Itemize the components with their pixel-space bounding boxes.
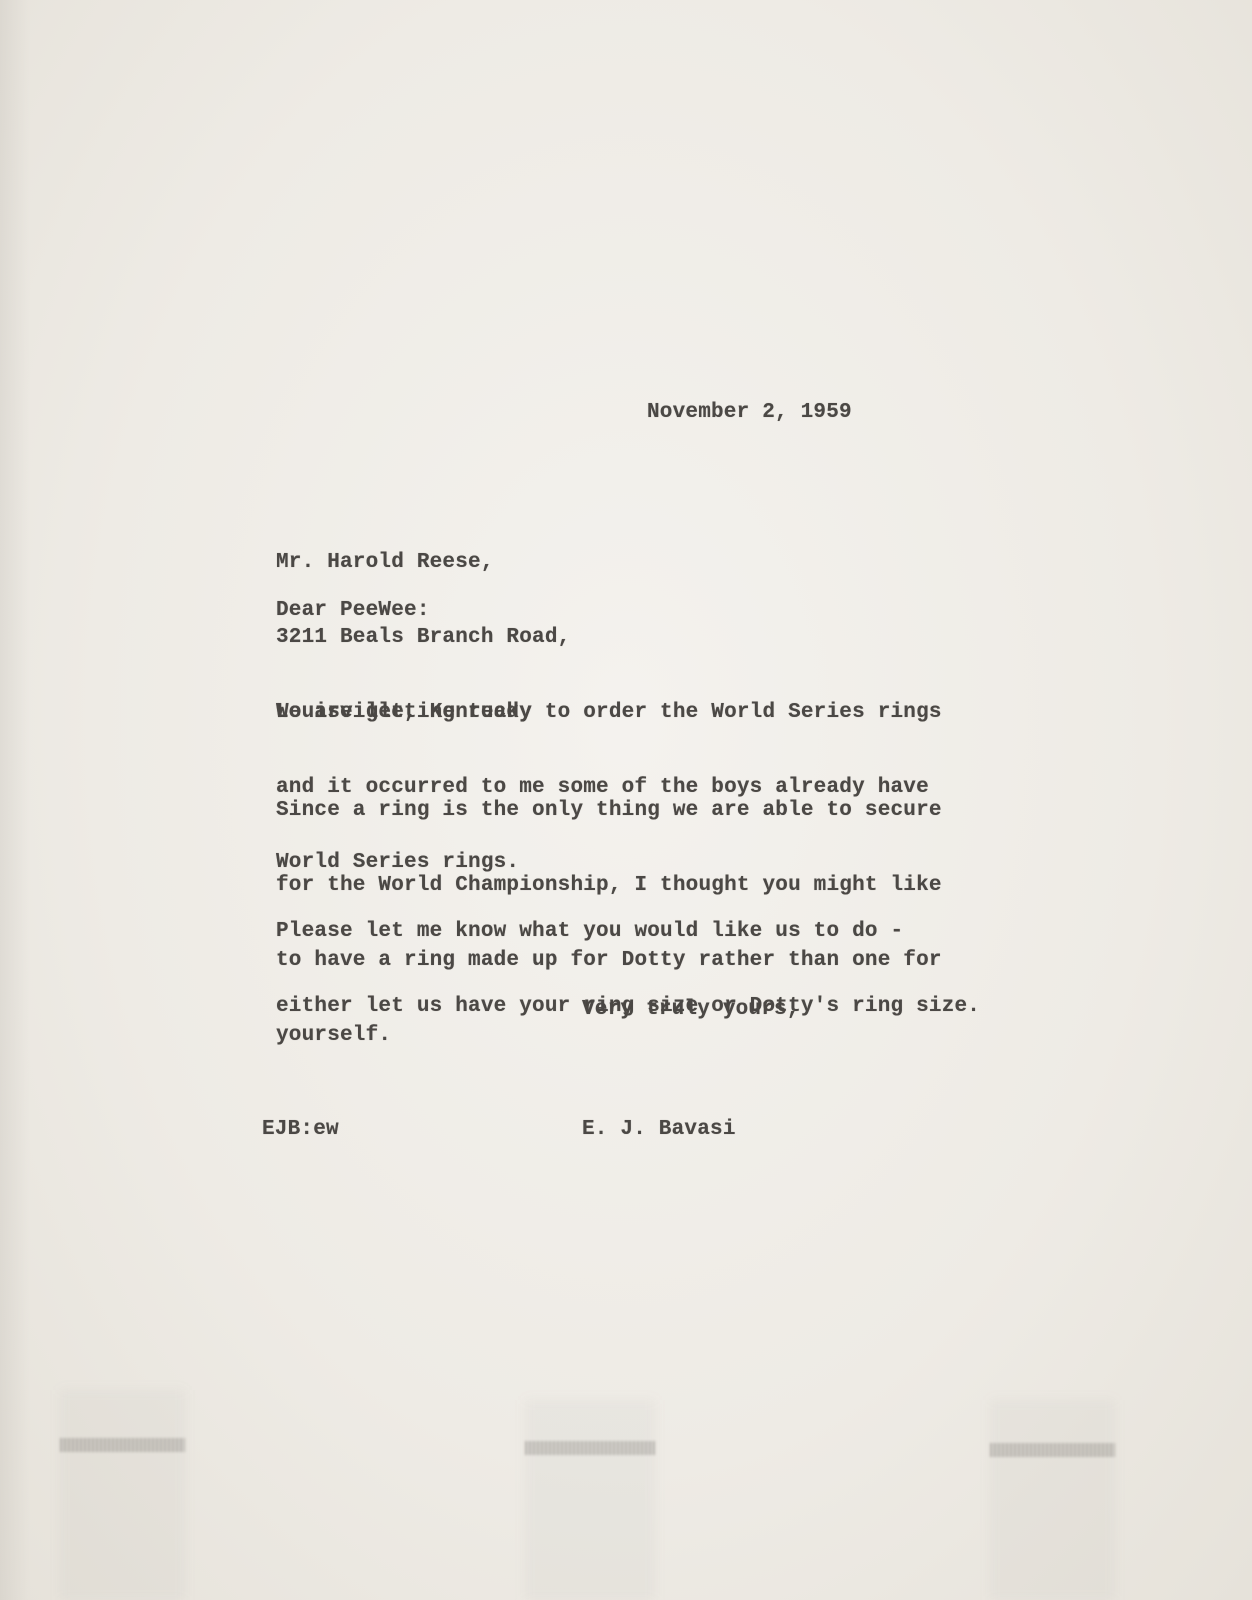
signatory-name: E. J. Bavasi: [582, 1117, 736, 1142]
show-through-mark: [525, 1441, 655, 1455]
show-through-mark: [990, 1443, 1115, 1457]
paragraph-line: We are getting ready to order the World …: [276, 700, 942, 725]
paragraph-line: Since a ring is the only thing we are ab…: [276, 798, 942, 823]
show-through-column: [525, 1400, 655, 1600]
show-through-column: [990, 1400, 1115, 1600]
paper-edge-shading: [0, 0, 30, 1600]
show-through-mark: [60, 1438, 185, 1452]
letter-page: November 2, 1959 Mr. Harold Reese, 3211 …: [0, 0, 1252, 1600]
salutation: Dear PeeWee:: [276, 598, 430, 623]
show-through-column: [60, 1390, 185, 1600]
closing: Very truly yours,: [582, 997, 800, 1022]
recipient-street: 3211 Beals Branch Road,: [276, 625, 570, 650]
letter-date: November 2, 1959: [647, 400, 852, 425]
recipient-name: Mr. Harold Reese,: [276, 550, 570, 575]
paragraph-3: Please let me know what you would like u…: [276, 869, 980, 1069]
reference-initials: EJB:ew: [262, 1117, 339, 1142]
paragraph-line: Please let me know what you would like u…: [276, 919, 980, 944]
